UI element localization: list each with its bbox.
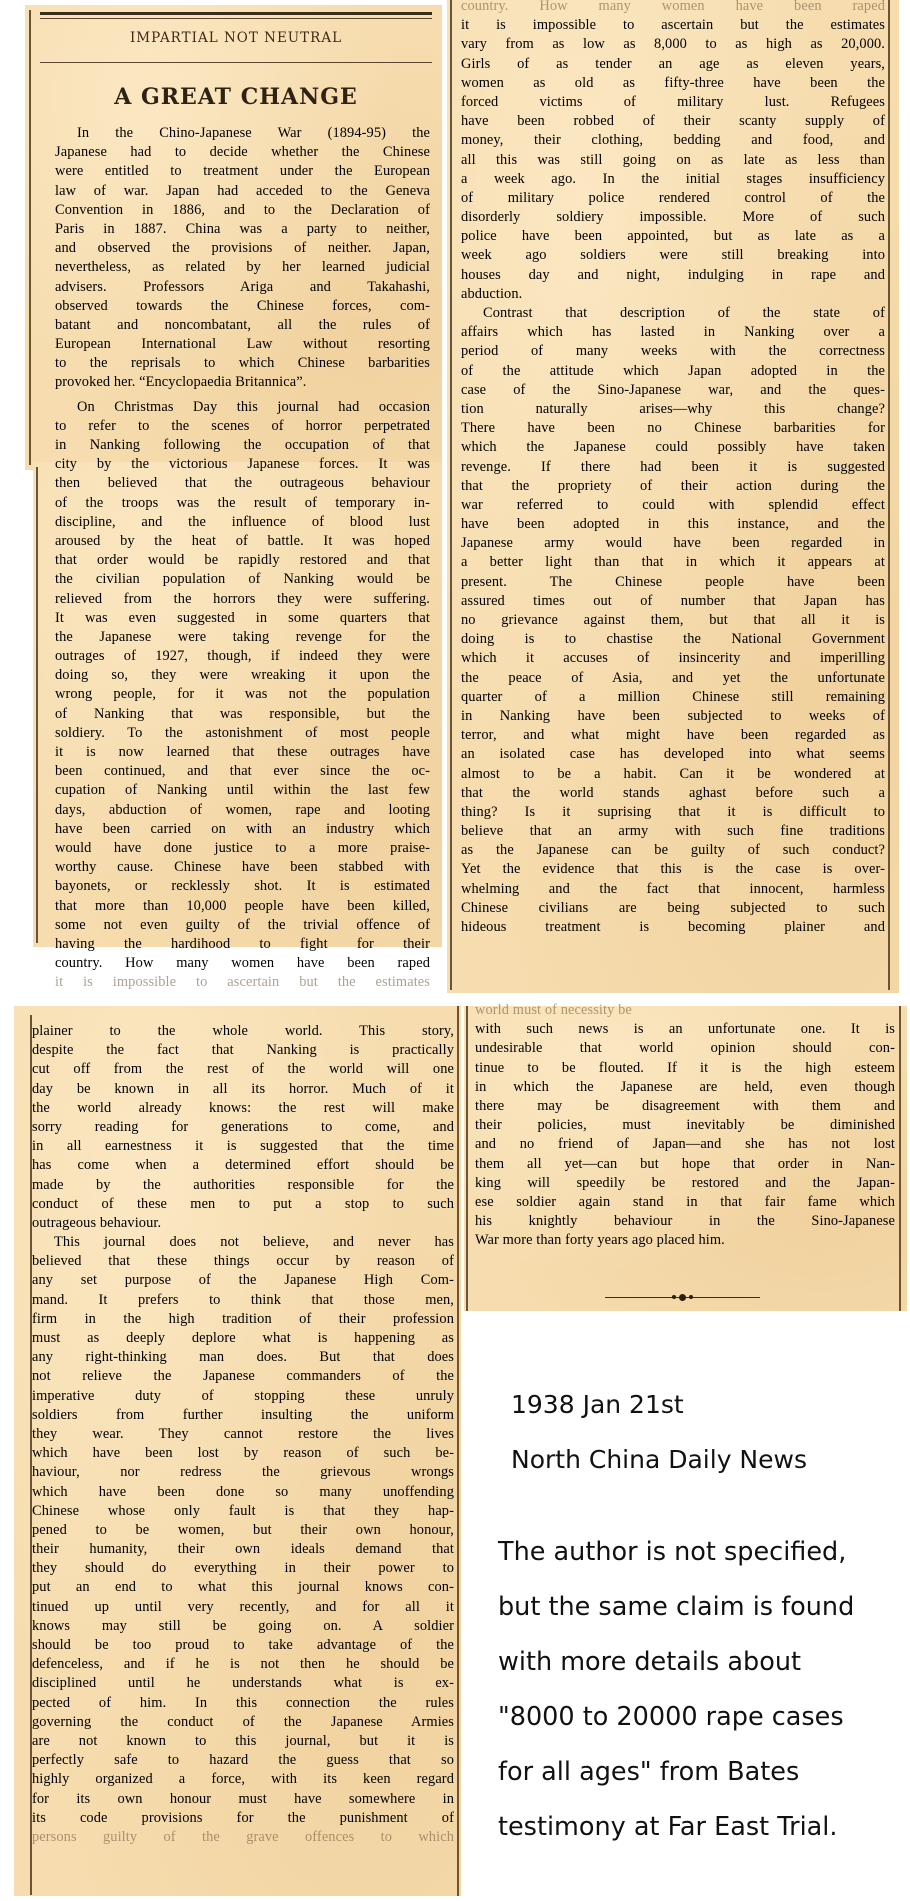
- text-line: put an end to what this journal knows co…: [32, 1578, 454, 1597]
- text-line: some not even guilty of the trivial offe…: [55, 916, 430, 935]
- text-line: of Nanking that was responsible, but the: [55, 705, 430, 724]
- text-line: houses day and night, indulging in rape …: [461, 266, 885, 285]
- text-line: as the Japanese can be guilty of such co…: [461, 841, 885, 860]
- text-line: disciplined until he understands what is…: [32, 1674, 454, 1693]
- text-line: war referred to could with splendid effe…: [461, 496, 885, 515]
- column-rule: [466, 1006, 468, 1311]
- annotation-date: 1938 Jan 21st: [511, 1390, 684, 1419]
- text-line: outrageous behaviour.: [32, 1214, 454, 1233]
- text-line: Yet the evidence that this is the case i…: [461, 860, 885, 879]
- header-subrule: [40, 18, 432, 19]
- text-line: been continued, and that ever since the …: [55, 762, 430, 781]
- text-line: assured times out of number that Japan h…: [461, 592, 885, 611]
- article-column-3: plainer to the whole world. This story,d…: [32, 1022, 454, 1847]
- text-line: all this was still going on as late as l…: [461, 151, 885, 170]
- text-line: soldiery. To the astonishment of most pe…: [55, 724, 430, 743]
- column-rule: [450, 0, 452, 990]
- text-line: Girls of as tender an age as eleven year…: [461, 55, 885, 74]
- text-line: cupation of Nanking until within the las…: [55, 781, 430, 800]
- text-line: Chinese whose only fault is that they ha…: [32, 1502, 454, 1521]
- text-line: imperative duty of stopping these unruly: [32, 1387, 454, 1406]
- text-line: pected of him. In this connection the ru…: [32, 1694, 454, 1713]
- annotation-note: The author is not specified,but the same…: [498, 1525, 854, 1855]
- text-line: the Japanese were taking revenge for the: [55, 628, 430, 647]
- text-line: persons guilty of the grave offences to …: [32, 1828, 454, 1847]
- text-line: observed towards the Chinese forces, com…: [55, 297, 430, 316]
- text-line: whelming and the fact that innocent, har…: [461, 880, 885, 899]
- text-line: have been carried on with an industry wh…: [55, 820, 430, 839]
- annotation-line: for all ages" from Bates: [498, 1745, 854, 1800]
- text-line: city by the victorious Japanese forces. …: [55, 455, 430, 474]
- text-line: an isolated case has developed into what…: [461, 745, 885, 764]
- text-line: and no friend of Japan—and she has not l…: [475, 1135, 895, 1154]
- text-line: law of war. Japan had acceded to the Gen…: [55, 182, 430, 201]
- text-line: in which the Japanese are held, even tho…: [475, 1078, 895, 1097]
- text-line: the peace of Asia, and yet the unfortuna…: [461, 669, 885, 688]
- text-line: the civilian population of Nanking would…: [55, 570, 430, 589]
- text-line: advisers. Professors Ariga and Takahashi…: [55, 278, 430, 297]
- text-line: Contrast that description of the state o…: [461, 304, 885, 323]
- text-line: should be too proud to take advantage of…: [32, 1636, 454, 1655]
- text-line: It was even suggested in some quarters t…: [55, 609, 430, 628]
- article-column-4: world must of necessity bewith such news…: [475, 1001, 895, 1250]
- header-rule: [40, 12, 432, 15]
- text-line: country. How many women have been raped: [461, 0, 885, 16]
- text-line: that the propriety of their action durin…: [461, 477, 885, 496]
- text-line: batant and noncombatant, all the rules o…: [55, 316, 430, 335]
- text-line: period of many weeks with the correctnes…: [461, 342, 885, 361]
- text-line: case of the Sino-Japanese war, and the q…: [461, 381, 885, 400]
- end-ornament-dot: [689, 1295, 693, 1299]
- text-line: forced victims of military lust. Refugee…: [461, 93, 885, 112]
- text-line: his knightly behaviour in the Sino-Japan…: [475, 1212, 895, 1231]
- text-line: conduct of these men to put a stop to su…: [32, 1195, 454, 1214]
- annotation-source: North China Daily News: [511, 1445, 807, 1474]
- text-line: which it accuses of insincerity and impe…: [461, 649, 885, 668]
- text-line: haviour, nor redress the grievous wrongs: [32, 1463, 454, 1482]
- text-line: pened to be women, but their own honour,: [32, 1521, 454, 1540]
- text-line: their humanity, their own ideals demand …: [32, 1540, 454, 1559]
- text-line: affairs which has lasted in Nanking over…: [461, 323, 885, 342]
- text-line: women as old as fifty-three have been th…: [461, 74, 885, 93]
- text-line: thing? Is it suprising that it is diffic…: [461, 803, 885, 822]
- text-line: tinued up until very recently, and for a…: [32, 1598, 454, 1617]
- text-line: a week ago. In the initial stages insuff…: [461, 170, 885, 189]
- headline: A GREAT CHANGE: [40, 84, 432, 110]
- text-line: that the world stands aghast before such…: [461, 784, 885, 803]
- text-line: to refer to the scenes of horror perpetr…: [55, 417, 430, 436]
- article-column-2: country. How many women have been rapedi…: [461, 0, 885, 937]
- text-line: the world already knows: the rest will m…: [32, 1099, 454, 1118]
- text-line: in Nanking following the occupation of t…: [55, 436, 430, 455]
- text-line: would have done justice to a more praise…: [55, 839, 430, 858]
- text-line: having the hardihood to fight for their: [55, 935, 430, 954]
- text-line: In the Chino-Japanese War (1894-95) the: [55, 124, 430, 143]
- text-line: week ago soldiers were still breaking in…: [461, 246, 885, 265]
- text-line: wrong people, for it was not the populat…: [55, 685, 430, 704]
- column-rule: [36, 467, 38, 943]
- text-line: of the attitude which Japan adopted in t…: [461, 362, 885, 381]
- column-rule: [888, 0, 890, 990]
- text-line: War more than forty years ago placed him…: [475, 1231, 895, 1250]
- text-line: aroused by the heat of battle. It was ho…: [55, 532, 430, 551]
- column-rule: [899, 1006, 901, 1311]
- text-line: knows may still be going on. A soldier: [32, 1617, 454, 1636]
- text-line: quarter of a million Chinese still remai…: [461, 688, 885, 707]
- text-line: disorderly soldiery impossible. More of …: [461, 208, 885, 227]
- text-line: Japanese army would have been regarded i…: [461, 534, 885, 553]
- text-line: there may be disagreement with them and: [475, 1097, 895, 1116]
- text-line: believed that these things occur by reas…: [32, 1252, 454, 1271]
- text-line: a better light than that in which it app…: [461, 553, 885, 572]
- text-line: have been adopted in this instance, and …: [461, 515, 885, 534]
- text-line: present. The Chinese people have been: [461, 573, 885, 592]
- text-line: in all earnestness it is suggested that …: [32, 1137, 454, 1156]
- column-rule: [457, 1006, 459, 1896]
- text-line: day be known in all its horror. Much of …: [32, 1080, 454, 1099]
- text-line: and observed the provisions of neither. …: [55, 239, 430, 258]
- annotation-line: "8000 to 20000 rape cases: [498, 1690, 854, 1745]
- text-line: Paris in 1887. China was a party to neit…: [55, 220, 430, 239]
- text-line: police have been appointed, but as late …: [461, 227, 885, 246]
- text-line: This journal does not believe, and never…: [32, 1233, 454, 1252]
- text-line: which have been done so many unoffending: [32, 1483, 454, 1502]
- text-line: that order would be rapidly restored and…: [55, 551, 430, 570]
- text-line: it is now learned that these outrages ha…: [55, 743, 430, 762]
- text-line: vary from as low as 8,000 to as high as …: [461, 35, 885, 54]
- text-line: ese soldier again stand in that fair fam…: [475, 1193, 895, 1212]
- text-line: There have been no Chinese barbarities f…: [461, 419, 885, 438]
- text-line: doing so, they were wreaking it upon the: [55, 666, 430, 685]
- text-line: world must of necessity be: [475, 1001, 895, 1020]
- text-line: that more than 10,000 people have been k…: [55, 897, 430, 916]
- text-line: made by the authorities responsible for …: [32, 1176, 454, 1195]
- text-line: no grievance against them, but that all …: [461, 611, 885, 630]
- text-line: they should do everything in their power…: [32, 1559, 454, 1578]
- text-line: tinue to be flouted. If it is the high e…: [475, 1059, 895, 1078]
- text-line: were entitled to treatment under the Eur…: [55, 162, 430, 181]
- text-line: days, abduction of women, rape and looti…: [55, 801, 430, 820]
- annotation-line: but the same claim is found: [498, 1580, 854, 1635]
- end-ornament-dot: [679, 1294, 686, 1301]
- text-line: in Nanking have been subjected to weeks …: [461, 707, 885, 726]
- text-line: bayonets, or recklessly shot. It is esti…: [55, 877, 430, 896]
- text-line: provoked her. “Encyclopaedia Britannica”…: [55, 373, 430, 392]
- text-line: it is impossible to ascertain but the es…: [55, 973, 430, 992]
- text-line: of the troops was the result of temporar…: [55, 494, 430, 513]
- end-ornament-dot: [672, 1295, 676, 1299]
- text-line: for its own honour must have somewhere i…: [32, 1790, 454, 1809]
- text-line: revenge. If there had been it is suggest…: [461, 458, 885, 477]
- text-line: then believed that the outrageous behavi…: [55, 474, 430, 493]
- text-line: undesirable that world opinion should co…: [475, 1039, 895, 1058]
- text-line: perfectly safe to hazard the guess that …: [32, 1751, 454, 1770]
- text-line: highly organized a force, with its keen …: [32, 1770, 454, 1789]
- text-line: firm in the high tradition of their prof…: [32, 1310, 454, 1329]
- text-line: European International Law without resor…: [55, 335, 430, 354]
- text-line: any set purpose of the Japanese High Com…: [32, 1271, 454, 1290]
- column-rule: [29, 10, 31, 465]
- text-line: almost to be a habit. Can it be wondered…: [461, 765, 885, 784]
- text-line: Convention in 1886, and to the Declarati…: [55, 201, 430, 220]
- text-line: nevertheless, as related by her learned …: [55, 258, 430, 277]
- text-line: not relieve the Japanese commanders of t…: [32, 1367, 454, 1386]
- text-line: soldiers from further insulting the unif…: [32, 1406, 454, 1425]
- text-line: doing is to chastise the National Govern…: [461, 630, 885, 649]
- annotation-line: with more details about: [498, 1635, 854, 1690]
- text-line: which the Japanese could possibly have t…: [461, 438, 885, 457]
- text-line: country. How many women have been raped: [55, 954, 430, 973]
- text-line: terror, and what might have been regarde…: [461, 726, 885, 745]
- text-line: sorry reading for generations to come, a…: [32, 1118, 454, 1137]
- text-line: it is impossible to ascertain but the es…: [461, 16, 885, 35]
- annotation-line: testimony at Far East Trial.: [498, 1800, 854, 1855]
- text-line: any right-thinking man does. But that do…: [32, 1348, 454, 1367]
- annotation-line: The author is not specified,: [498, 1525, 854, 1580]
- text-line: with such news is an unfortunate one. It…: [475, 1020, 895, 1039]
- text-line: have been robbed of their scanty supply …: [461, 112, 885, 131]
- text-line: of military police rendered control of t…: [461, 189, 885, 208]
- text-line: Chinese civilians are being subjected to…: [461, 899, 885, 918]
- text-line: money, their clothing, bedding and food,…: [461, 131, 885, 150]
- text-line: abduction.: [461, 285, 885, 304]
- text-line: its code provisions for the punishment o…: [32, 1809, 454, 1828]
- text-line: plainer to the whole world. This story,: [32, 1022, 454, 1041]
- text-line: tion naturally arises—why this change?: [461, 400, 885, 419]
- text-line: to the reprisals to which Chinese barbar…: [55, 354, 430, 373]
- text-line: they wear. They cannot restore the lives: [32, 1425, 454, 1444]
- text-line: despite the fact that Nanking is practic…: [32, 1041, 454, 1060]
- section-heading: IMPARTIAL NOT NEUTRAL: [40, 30, 432, 46]
- text-line: outrages of 1927, though, if indeed they…: [55, 647, 430, 666]
- text-line: discipline, and the influence of blood l…: [55, 513, 430, 532]
- article-column-1: In the Chino-Japanese War (1894-95) theJ…: [55, 124, 430, 992]
- text-line: worthy cause. Chinese have been stabbed …: [55, 858, 430, 877]
- text-line: defenceless, and if he is not then he sh…: [32, 1655, 454, 1674]
- text-line: governing the conduct of the Japanese Ar…: [32, 1713, 454, 1732]
- text-line: their policies, must inevitably be dimin…: [475, 1116, 895, 1135]
- text-line: king will speedily be restored and the J…: [475, 1174, 895, 1193]
- section-rule: [40, 62, 432, 63]
- text-line: believe that an army with such fine trad…: [461, 822, 885, 841]
- text-line: hideous treatment is becoming plainer an…: [461, 918, 885, 937]
- text-line: them all yet—can but hope that order in …: [475, 1155, 895, 1174]
- text-line: On Christmas Day this journal had occasi…: [55, 398, 430, 417]
- text-line: are not known to this journal, but it is: [32, 1732, 454, 1751]
- text-line: has come when a determined effort should…: [32, 1156, 454, 1175]
- text-line: Japanese had to decide whether the Chine…: [55, 143, 430, 162]
- text-line: cut off from the rest of the world will …: [32, 1060, 454, 1079]
- text-line: mand. It prefers to think that those men…: [32, 1291, 454, 1310]
- text-line: relieved from the horrors they were suff…: [55, 590, 430, 609]
- text-line: which have been lost by reason of such b…: [32, 1444, 454, 1463]
- text-line: must as deeply deplore what is happening…: [32, 1329, 454, 1348]
